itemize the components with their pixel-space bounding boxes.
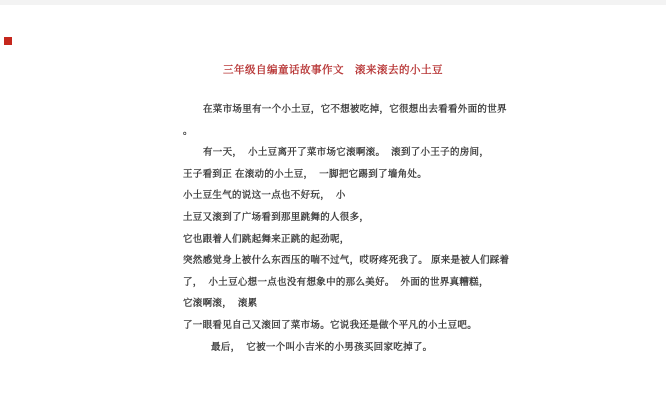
top-bar: [0, 0, 666, 5]
essay-line: 了， 小土豆心想一点也没有想象中的那么美好。 外面的世界真糟糕，: [183, 272, 663, 294]
essay-line: 土豆又滚到了广场看到那里跳舞的人很多，: [183, 207, 663, 229]
essay-title: 三年级自编童话故事作文 滚来滚去的小土豆: [0, 62, 666, 77]
essay-line: 。: [183, 121, 663, 143]
essay-line: 王子看到正 在滚动的小土豆， 一脚把它踢到了墙角处。: [183, 164, 663, 186]
red-marker: [4, 37, 12, 45]
essay-line: 小土豆生气的说这一点也不好玩， 小: [183, 185, 663, 207]
essay-line: 它也跟着人们跳起舞来正跳的起劲呢，: [183, 229, 663, 251]
essay-line: 在菜市场里有一个小土豆，它不想被吃掉，它很想出去看看外面的世界: [183, 99, 663, 121]
essay-line: 突然感觉身上被什么东西压的喘不过气，哎呀疼死我了。 原来是被人们踩着: [183, 250, 663, 272]
essay-line: 有一天， 小土豆离开了菜市场它滚啊滚。 滚到了小王子的房间，: [183, 142, 663, 164]
essay-line: 了一眼看见自己又滚回了菜市场。它说我还是做个平凡的小土豆吧。: [183, 315, 663, 337]
essay-line: 它滚啊滚， 滚累: [183, 293, 663, 315]
essay-line: 最后， 它被一个叫小吉米的小男孩买回家吃掉了。: [183, 337, 663, 359]
essay-body: 在菜市场里有一个小土豆，它不想被吃掉，它很想出去看看外面的世界。有一天， 小土豆…: [183, 99, 663, 358]
page: 三年级自编童话故事作文 滚来滚去的小土豆 在菜市场里有一个小土豆，它不想被吃掉，…: [0, 0, 666, 415]
